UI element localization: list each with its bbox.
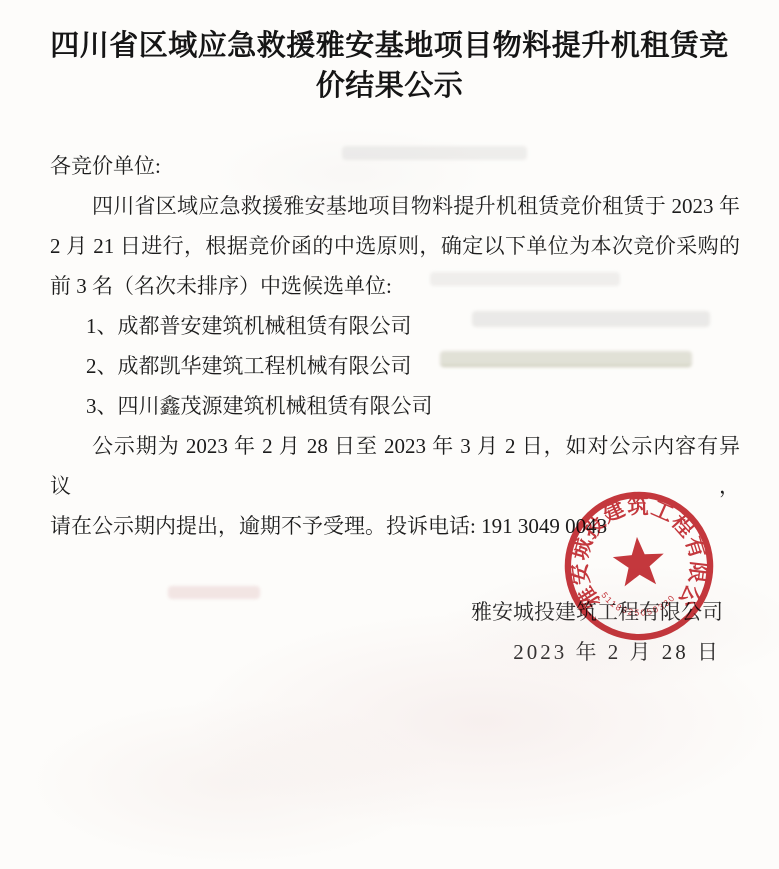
winner-item-2: 2、成都凯华建筑工程机械有限公司 [50,346,740,386]
document-title: 四川省区域应急救援雅安基地项目物料提升机租赁竞价结果公示 [45,26,735,106]
signature-date: 2023 年 2 月 28 日 [0,632,779,672]
paragraph2-line2: 请在公示期内提出，逾期不予受理。投诉电话: 191 3049 0043 [50,506,740,546]
paragraph1-line3: 前 3 名（名次未排序）中选候选单位: [50,266,740,306]
signature-block: 雅安城投建筑工程有限公司 2023 年 2 月 28 日 [0,592,779,672]
signature-company: 雅安城投建筑工程有限公司 [0,592,779,632]
paragraph1-line1: 四川省区域应急救援雅安基地项目物料提升机租赁竞价租赁于 2023 年 [50,186,740,226]
scanned-document-page: 四川省区域应急救援雅安基地项目物料提升机租赁竞价结果公示 各竞价单位: 四川省区… [0,0,779,869]
salutation: 各竞价单位: [50,146,740,186]
document-body: 各竞价单位: 四川省区域应急救援雅安基地项目物料提升机租赁竞价租赁于 2023 … [0,146,779,546]
winner-item-3: 3、四川鑫茂源建筑机械租赁有限公司 [50,386,740,426]
paragraph1-line2: 2 月 21 日进行，根据竞价函的中选原则，确定以下单位为本次竞价采购的 [50,226,740,266]
paragraph2-line1: 公示期为 2023 年 2 月 28 日至 2023 年 3 月 2 日，如对公… [50,426,740,506]
winner-item-1: 1、成都普安建筑机械租赁有限公司 [50,306,740,346]
